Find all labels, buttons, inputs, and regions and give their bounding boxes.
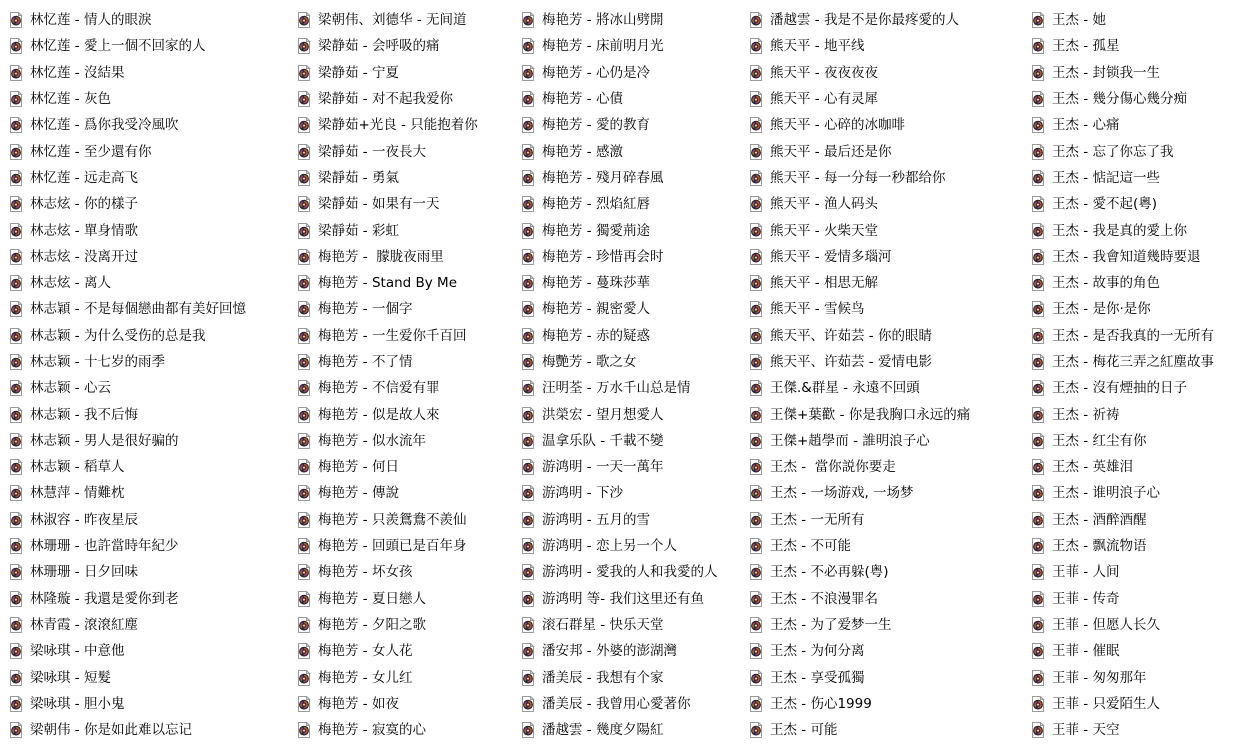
file-name-label: 熊天平 - 心有灵犀 (770, 91, 878, 107)
audio-media-file-icon (8, 485, 24, 501)
file-item[interactable]: 梅艳芳 - 似水流年 (296, 428, 520, 454)
file-name-label: 王杰 - 为何分离 (770, 643, 864, 659)
audio-media-file-icon (8, 380, 24, 396)
audio-media-file-icon (296, 459, 312, 475)
file-item[interactable]: 梅艳芳 - 心債 (520, 86, 748, 112)
file-item[interactable]: 游鸿明 - 五月的雪 (520, 507, 748, 533)
file-item[interactable]: 王菲 - 传奇 (1030, 586, 1242, 612)
file-name-label: 王杰 - 梅花三弄之紅塵故事 (1052, 354, 1214, 370)
file-item[interactable]: 梅艳芳 - 回頭已是百年身 (296, 533, 520, 559)
audio-media-file-icon (520, 643, 536, 659)
audio-media-file-icon (296, 249, 312, 265)
file-item[interactable]: 熊天平、许茹芸 - 你的眼睛 (748, 323, 1030, 349)
file-item[interactable]: 林志炫 - 没离开过 (8, 244, 296, 270)
file-item[interactable]: 王杰 - 一场游戏, 一场梦 (748, 480, 1030, 506)
file-item[interactable]: 林珊珊 - 日夕回味 (8, 559, 296, 585)
file-item[interactable]: 梅艷芳 - 歌之女 (520, 349, 748, 375)
file-name-label: 林淑容 - 昨夜星辰 (30, 512, 138, 528)
audio-media-file-icon (748, 144, 764, 160)
audio-media-file-icon (8, 275, 24, 291)
file-item[interactable]: 梅艳芳 - 何日 (296, 454, 520, 480)
audio-media-file-icon (296, 696, 312, 712)
audio-media-file-icon (296, 170, 312, 186)
audio-media-file-icon (296, 407, 312, 423)
file-item[interactable]: 梅艳芳 - 只羨鴛鴦不羨仙 (296, 507, 520, 533)
audio-media-file-icon (296, 328, 312, 344)
file-item[interactable]: 熊天平 - 最后还是你 (748, 138, 1030, 164)
audio-media-file-icon (1030, 512, 1046, 528)
audio-media-file-icon (8, 117, 24, 133)
file-name-label: 王杰 - 孤星 (1052, 38, 1119, 54)
audio-media-file-icon (520, 617, 536, 633)
file-item[interactable]: 林忆莲 - 至少還有你 (8, 138, 296, 164)
audio-media-file-icon (748, 459, 764, 475)
file-name-label: 王杰 - 享受孤獨 (770, 670, 864, 686)
file-name-label: 游鸿明 - 愛我的人和我愛的人 (542, 564, 717, 580)
file-name-label: 梅艳芳 - 何日 (318, 459, 399, 475)
file-name-label: 梅艳芳 - 心債 (542, 91, 623, 107)
file-item[interactable]: 王杰 - 我是真的愛上你 (1030, 217, 1242, 243)
file-item[interactable]: 游鸿明 - 一天一萬年 (520, 454, 748, 480)
audio-media-file-icon (748, 196, 764, 212)
audio-media-file-icon (520, 144, 536, 160)
file-item[interactable]: 林志颖 - 稻草人 (8, 454, 296, 480)
file-item[interactable]: 梁静茹 - 对不起我爱你 (296, 86, 520, 112)
audio-media-file-icon (8, 91, 24, 107)
file-item[interactable]: 王杰 - 一无所有 (748, 507, 1030, 533)
file-item[interactable]: 梅艳芳 - 如夜 (296, 691, 520, 717)
file-name-label: 王杰 - 可能 (770, 722, 837, 738)
audio-media-file-icon (748, 512, 764, 528)
file-item[interactable]: 王杰 - 祈祷 (1030, 401, 1242, 427)
audio-media-file-icon (296, 301, 312, 317)
file-item[interactable]: 梅艳芳 - 傳說 (296, 480, 520, 506)
file-item[interactable]: 林忆莲 - 情人的眼淚 (8, 7, 296, 33)
file-item[interactable]: 潘越雲 - 幾度夕陽紅 (520, 717, 748, 743)
file-item[interactable]: 梅艳芳 - 不信爱有罪 (296, 375, 520, 401)
file-item[interactable]: 王杰 - 愛不起(粵) (1030, 191, 1242, 217)
file-item[interactable]: 王杰 - 幾分傷心幾分痴 (1030, 86, 1242, 112)
file-item[interactable]: 梁咏琪 - 中意他 (8, 638, 296, 664)
file-name-label: 潘越雲 - 幾度夕陽紅 (542, 722, 663, 738)
file-item[interactable]: 汪明荃 - 万水千山总是情 (520, 375, 748, 401)
file-name-label: 王菲 - 催眠 (1052, 643, 1119, 659)
file-name-label: 梁咏琪 - 短髮 (30, 670, 111, 686)
audio-media-file-icon (8, 301, 24, 317)
file-name-label: 王傑.&群星 - 永遠不回頭 (770, 380, 920, 396)
file-item[interactable]: 王杰 - 不必再躲(粤) (748, 559, 1030, 585)
file-item[interactable]: 王杰 - 梅花三弄之紅塵故事 (1030, 349, 1242, 375)
file-item[interactable]: 林珊珊 - 也許當時年紀少 (8, 533, 296, 559)
file-item[interactable]: 王杰 - 故事的角色 (1030, 270, 1242, 296)
file-item[interactable]: 王杰 - 惦記這一些 (1030, 165, 1242, 191)
audio-media-file-icon (520, 696, 536, 712)
file-list-view: 林忆莲 - 情人的眼淚 林忆莲 - 愛上一個不回家的人 (0, 0, 1245, 749)
file-item[interactable]: 梅艳芳 - 女儿红 (296, 664, 520, 690)
file-name-label: 熊天平 - 火柴天堂 (770, 223, 878, 239)
file-item[interactable]: 王杰 - 伤心1999 (748, 691, 1030, 717)
file-item[interactable]: 林志穎 - 不是每個戀曲都有美好回憶 (8, 296, 296, 322)
file-name-label: 王杰 - 是你·是你 (1052, 301, 1151, 317)
audio-media-file-icon (296, 433, 312, 449)
audio-media-file-icon (520, 512, 536, 528)
audio-media-file-icon (1030, 459, 1046, 475)
audio-media-file-icon (8, 459, 24, 475)
file-name-label: 梅艳芳 - 夏日戀人 (318, 591, 426, 607)
audio-media-file-icon (520, 407, 536, 423)
file-item[interactable]: 林志炫 - 你的樣子 (8, 191, 296, 217)
file-item[interactable]: 梅艳芳 - 朦胧夜雨里 (296, 244, 520, 270)
file-item[interactable]: 王杰 - 酒醉酒醒 (1030, 507, 1242, 533)
file-item[interactable]: 梁靜茹 - 勇氣 (296, 165, 520, 191)
file-item[interactable]: 林忆莲 - 沒結果 (8, 60, 296, 86)
file-item[interactable]: 王杰 - 孤星 (1030, 33, 1242, 59)
file-name-label: 王杰 - 一场游戏, 一场梦 (770, 485, 914, 501)
file-item[interactable]: 梅艳芳 - 烈焰紅唇 (520, 191, 748, 217)
file-item[interactable]: 王杰 - 是你·是你 (1030, 296, 1242, 322)
file-name-label: 王杰 - 不浪漫罪名 (770, 591, 878, 607)
file-item[interactable]: 潘安邦 - 外婆的澎湖灣 (520, 638, 748, 664)
file-name-label: 汪明荃 - 万水千山总是情 (542, 380, 690, 396)
file-name-label: 熊天平 - 爱情多瑙河 (770, 249, 891, 265)
audio-media-file-icon (1030, 591, 1046, 607)
audio-media-file-icon (1030, 407, 1046, 423)
file-name-label: 熊天平 - 雪候鸟 (770, 301, 864, 317)
audio-media-file-icon (1030, 12, 1046, 28)
file-item[interactable]: 王杰 - 为何分离 (748, 638, 1030, 664)
file-name-label: 王杰 - 愛不起(粵) (1052, 196, 1157, 212)
file-name-label: 林青霞 - 滾滾紅塵 (30, 617, 138, 633)
file-name-label: 熊天平 - 最后还是你 (770, 144, 891, 160)
file-item[interactable]: 梅艳芳 - 親密愛人 (520, 296, 748, 322)
file-item[interactable]: 洪榮宏 - 望月想愛人 (520, 401, 748, 427)
audio-media-file-icon (748, 696, 764, 712)
audio-media-file-icon (1030, 249, 1046, 265)
file-item[interactable]: 梁静茹 - 会呼吸的痛 (296, 33, 520, 59)
file-item[interactable]: 滚石群星 - 快乐天堂 (520, 612, 748, 638)
file-item[interactable]: 熊天平 - 雪候鸟 (748, 296, 1030, 322)
file-item[interactable]: 梁朝伟 - 你是如此难以忘记 (8, 717, 296, 743)
audio-media-file-icon (296, 643, 312, 659)
file-name-label: 梁靜茹 - 如果有一天 (318, 196, 439, 212)
audio-media-file-icon (748, 12, 764, 28)
file-item[interactable]: 梅艳芳 - 寂寞的心 (296, 717, 520, 743)
file-name-label: 梅艳芳 - 似是故人來 (318, 407, 439, 423)
file-name-label: 林志颖 - 我不后悔 (30, 407, 138, 423)
audio-media-file-icon (1030, 196, 1046, 212)
file-item[interactable]: 王傑+趙學而 - 誰明浪子心 (748, 428, 1030, 454)
file-name-label: 梁静茹 - 对不起我爱你 (318, 91, 453, 107)
file-item[interactable]: 熊天平 - 心碎的冰咖啡 (748, 112, 1030, 138)
file-name-label: 熊天平 - 每一分每一秒都给你 (770, 170, 945, 186)
file-item[interactable]: 林忆莲 - 灰色 (8, 86, 296, 112)
file-item[interactable]: 梅艳芳 - 將冰山劈開 (520, 7, 748, 33)
file-name-label: 梁靜茹 - 勇氣 (318, 170, 399, 186)
file-name-label: 梅艳芳 - 傳說 (318, 485, 399, 501)
file-item[interactable]: 王杰 - 不浪漫罪名 (748, 586, 1030, 612)
file-item[interactable]: 梅艳芳 - 夕阳之歌 (296, 612, 520, 638)
file-item[interactable]: 熊天平 - 相思无解 (748, 270, 1030, 296)
file-name-label: 梅艳芳 - 似水流年 (318, 433, 426, 449)
audio-media-file-icon (296, 117, 312, 133)
file-item[interactable]: 林青霞 - 滾滾紅塵 (8, 612, 296, 638)
file-name-label: 熊天平 - 地平线 (770, 38, 864, 54)
file-item[interactable]: 王菲 - 催眠 (1030, 638, 1242, 664)
file-name-label: 梁静茹+光良 - 只能抱着你 (318, 117, 478, 133)
file-name-label: 王杰 - 为了爱梦一生 (770, 617, 891, 633)
file-item[interactable]: 王杰 - 是否我真的一无所有 (1030, 323, 1242, 349)
audio-media-file-icon (8, 144, 24, 160)
file-item[interactable]: 梅艳芳 - 赤的疑惑 (520, 323, 748, 349)
audio-media-file-icon (748, 722, 764, 738)
audio-media-file-icon (1030, 643, 1046, 659)
file-item[interactable]: 熊天平 - 心有灵犀 (748, 86, 1030, 112)
file-item[interactable]: 梅艳芳 - 夏日戀人 (296, 586, 520, 612)
file-item[interactable]: 林志颖 - 心云 (8, 375, 296, 401)
file-name-label: 王杰 - 谁明浪子心 (1052, 485, 1160, 501)
file-name-label: 王杰 - 故事的角色 (1052, 275, 1160, 291)
file-item[interactable]: 林忆莲 - 爲你我受冷風吹 (8, 112, 296, 138)
file-item[interactable]: 梅艳芳 - 女人花 (296, 638, 520, 664)
audio-media-file-icon (748, 485, 764, 501)
audio-media-file-icon (520, 223, 536, 239)
file-item[interactable]: 王杰 - 飘流物语 (1030, 533, 1242, 559)
file-item[interactable]: 梅艳芳 - 一生爱你千百回 (296, 323, 520, 349)
audio-media-file-icon (748, 223, 764, 239)
file-item[interactable]: 王杰 - 享受孤獨 (748, 664, 1030, 690)
file-item[interactable]: 梅艳芳 - 愛的教育 (520, 112, 748, 138)
audio-media-file-icon (748, 433, 764, 449)
audio-media-file-icon (8, 538, 24, 554)
file-item[interactable]: 梅艳芳 - 不了情 (296, 349, 520, 375)
file-name-label: 游鸿明 - 恋上另一个人 (542, 538, 677, 554)
file-item[interactable]: 梅艳芳 - 珍惜再会时 (520, 244, 748, 270)
file-column: 王杰 - 她 王杰 - 孤星 王杰 - 封锁 (1030, 7, 1242, 743)
file-item[interactable]: 林忆莲 - 愛上一個不回家的人 (8, 33, 296, 59)
file-name-label: 王杰 - 她 (1052, 12, 1106, 28)
file-name-label: 林忆莲 - 灰色 (30, 91, 111, 107)
file-item[interactable]: 王傑.&群星 - 永遠不回頭 (748, 375, 1030, 401)
file-item[interactable]: 王杰 - 英雄泪 (1030, 454, 1242, 480)
audio-media-file-icon (520, 170, 536, 186)
file-name-label: 梁静茹 - 宁夏 (318, 65, 399, 81)
file-item[interactable]: 王杰 - 忘了你忘了我 (1030, 138, 1242, 164)
file-item[interactable]: 熊天平 - 火柴天堂 (748, 217, 1030, 243)
audio-media-file-icon (748, 591, 764, 607)
audio-media-file-icon (296, 564, 312, 580)
file-item[interactable]: 王杰 - 她 (1030, 7, 1242, 33)
file-item[interactable]: 王杰 - 可能 (748, 717, 1030, 743)
file-item[interactable]: 梅艳芳 - 坏女孩 (296, 559, 520, 585)
file-item[interactable]: 熊天平 - 渔人码头 (748, 191, 1030, 217)
file-name-label: 王杰 - 不必再躲(粤) (770, 564, 889, 580)
file-item[interactable]: 潘美辰 - 我想有个家 (520, 664, 748, 690)
audio-media-file-icon (748, 354, 764, 370)
audio-media-file-icon (520, 459, 536, 475)
file-item[interactable]: 林志颖 - 我不后悔 (8, 401, 296, 427)
file-name-label: 洪榮宏 - 望月想愛人 (542, 407, 663, 423)
file-name-label: 王杰 - 心痛 (1052, 117, 1119, 133)
file-item[interactable]: 梅艳芳 - Stand By Me (296, 270, 520, 296)
file-item[interactable]: 梅艳芳 - 床前明月光 (520, 33, 748, 59)
file-item[interactable]: 游鸿明 - 恋上另一个人 (520, 533, 748, 559)
audio-media-file-icon (1030, 38, 1046, 54)
file-name-label: 梅艳芳 - 女人花 (318, 643, 412, 659)
audio-media-file-icon (8, 670, 24, 686)
file-item[interactable]: 梅艳芳 - 殘月碎春風 (520, 165, 748, 191)
audio-media-file-icon (520, 65, 536, 81)
file-item[interactable]: 王菲 - 只爱陌生人 (1030, 691, 1242, 717)
file-item[interactable]: 王杰 - 不可能 (748, 533, 1030, 559)
file-name-label: 熊天平、许茹芸 - 爱情电影 (770, 354, 932, 370)
audio-media-file-icon (520, 249, 536, 265)
file-name-label: 温拿乐队 - 千載不變 (542, 433, 663, 449)
audio-media-file-icon (1030, 223, 1046, 239)
file-item[interactable]: 温拿乐队 - 千載不變 (520, 428, 748, 454)
audio-media-file-icon (1030, 170, 1046, 186)
file-name-label: 梅艳芳 - 烈焰紅唇 (542, 196, 650, 212)
audio-media-file-icon (296, 617, 312, 633)
audio-media-file-icon (8, 407, 24, 423)
file-item[interactable]: 王杰 - 红尘有你 (1030, 428, 1242, 454)
file-item[interactable]: 林隆璇 - 我還是愛你到老 (8, 586, 296, 612)
file-item[interactable]: 梁咏琪 - 短髮 (8, 664, 296, 690)
audio-media-file-icon (296, 512, 312, 528)
audio-media-file-icon (520, 38, 536, 54)
file-name-label: 梅艳芳 - 親密愛人 (542, 301, 650, 317)
file-item[interactable]: 林忆莲 - 远走高飞 (8, 165, 296, 191)
file-column: 林忆莲 - 情人的眼淚 林忆莲 - 愛上一個不回家的人 (8, 7, 296, 743)
file-item[interactable]: 王杰 - 封锁我一生 (1030, 60, 1242, 86)
file-item[interactable]: 梅艳芳 - 蔓珠莎華 (520, 270, 748, 296)
file-item[interactable]: 熊天平、许茹芸 - 爱情电影 (748, 349, 1030, 375)
audio-media-file-icon (748, 275, 764, 291)
file-name-label: 潘安邦 - 外婆的澎湖灣 (542, 643, 677, 659)
audio-media-file-icon (520, 722, 536, 738)
file-item[interactable]: 梁靜茹 - 彩虹 (296, 217, 520, 243)
file-name-label: 梅艳芳 - 只羨鴛鴦不羨仙 (318, 512, 466, 528)
file-name-label: 潘美辰 - 我曾用心愛著你 (542, 696, 690, 712)
file-item[interactable]: 梅艳芳 - 心仍是冷 (520, 60, 748, 86)
file-name-label: 林志炫 - 單身情歌 (30, 223, 138, 239)
file-name-label: 王杰 - 幾分傷心幾分痴 (1052, 91, 1187, 107)
audio-media-file-icon (520, 670, 536, 686)
file-item[interactable]: 林志颖 - 十七岁的雨季 (8, 349, 296, 375)
file-name-label: 梅艳芳 - 不信爱有罪 (318, 380, 439, 396)
file-name-label: 林志炫 - 你的樣子 (30, 196, 138, 212)
file-item[interactable]: 林志炫 - 离人 (8, 270, 296, 296)
audio-media-file-icon (748, 117, 764, 133)
file-item[interactable]: 游鸿明 - 愛我的人和我愛的人 (520, 559, 748, 585)
file-item[interactable]: 熊天平 - 每一分每一秒都给你 (748, 165, 1030, 191)
file-item[interactable]: 熊天平 - 夜夜夜夜 (748, 60, 1030, 86)
file-item[interactable]: 梁咏琪 - 胆小鬼 (8, 691, 296, 717)
file-item[interactable]: 林淑容 - 昨夜星辰 (8, 507, 296, 533)
audio-media-file-icon (748, 407, 764, 423)
file-item[interactable]: 王杰 - 沒有煙抽的日子 (1030, 375, 1242, 401)
audio-media-file-icon (8, 65, 24, 81)
file-item[interactable]: 潘美辰 - 我曾用心愛著你 (520, 691, 748, 717)
file-name-label: 王菲 - 传奇 (1052, 591, 1119, 607)
file-name-label: 熊天平 - 相思无解 (770, 275, 878, 291)
file-item[interactable]: 王傑+葉歡 - 你是我胸口永远的痛 (748, 401, 1030, 427)
file-item[interactable]: 王杰 - 为了爱梦一生 (748, 612, 1030, 638)
file-name-label: 王菲 - 只爱陌生人 (1052, 696, 1160, 712)
file-name-label: 梅艳芳 - 殘月碎春風 (542, 170, 663, 186)
audio-media-file-icon (296, 538, 312, 554)
file-name-label: 梅艳芳 - 床前明月光 (542, 38, 663, 54)
file-item[interactable]: 王杰 - 我會知道幾時要退 (1030, 244, 1242, 270)
audio-media-file-icon (520, 433, 536, 449)
file-item[interactable]: 潘越雲 - 我是不是你最疼愛的人 (748, 7, 1030, 33)
file-name-label: 王傑+趙學而 - 誰明浪子心 (770, 433, 930, 449)
file-item[interactable]: 王菲 - 匆匆那年 (1030, 664, 1242, 690)
file-item[interactable]: 梅艳芳 - 一個字 (296, 296, 520, 322)
file-item[interactable]: 林志颖 - 男人是很好骗的 (8, 428, 296, 454)
audio-media-file-icon (296, 275, 312, 291)
file-name-label: 梅艳芳 - 寂寞的心 (318, 722, 426, 738)
file-name-label: 王杰 - 伤心1999 (770, 696, 872, 712)
file-name-label: 熊天平 - 夜夜夜夜 (770, 65, 878, 81)
file-name-label: 王菲 - 天空 (1052, 722, 1119, 738)
audio-media-file-icon (1030, 433, 1046, 449)
file-item[interactable]: 梅艳芳 - 感激 (520, 138, 748, 164)
file-name-label: 梁静茹 - 会呼吸的痛 (318, 38, 439, 54)
file-name-label: 王杰 - 當你説你要走 (770, 459, 896, 475)
file-name-label: 林珊珊 - 也許當時年紀少 (30, 538, 178, 554)
file-name-label: 王杰 - 不可能 (770, 538, 851, 554)
file-item[interactable]: 王菲 - 但愿人长久 (1030, 612, 1242, 638)
audio-media-file-icon (748, 91, 764, 107)
file-item[interactable]: 王杰 - 當你説你要走 (748, 454, 1030, 480)
audio-media-file-icon (1030, 275, 1046, 291)
file-item[interactable]: 梁静茹+光良 - 只能抱着你 (296, 112, 520, 138)
audio-media-file-icon (520, 328, 536, 344)
audio-media-file-icon (8, 38, 24, 54)
audio-media-file-icon (1030, 91, 1046, 107)
audio-media-file-icon (8, 328, 24, 344)
file-item[interactable]: 林志炫 - 單身情歌 (8, 217, 296, 243)
file-item[interactable]: 王菲 - 天空 (1030, 717, 1242, 743)
file-item[interactable]: 熊天平 - 爱情多瑙河 (748, 244, 1030, 270)
file-item[interactable]: 王杰 - 谁明浪子心 (1030, 480, 1242, 506)
file-item[interactable]: 梁朝伟、刘德华 - 无间道 (296, 7, 520, 33)
file-item[interactable]: 林志颖 - 为什么受伤的总是我 (8, 323, 296, 349)
file-item[interactable]: 王杰 - 心痛 (1030, 112, 1242, 138)
file-item[interactable]: 游鸿明 等- 我们这里还有鱼 (520, 586, 748, 612)
audio-media-file-icon (1030, 722, 1046, 738)
audio-media-file-icon (296, 144, 312, 160)
file-item[interactable]: 游鸿明 - 下沙 (520, 480, 748, 506)
file-item[interactable]: 梁靜茹 - 一夜長大 (296, 138, 520, 164)
audio-media-file-icon (520, 301, 536, 317)
audio-media-file-icon (1030, 564, 1046, 580)
file-name-label: 王杰 - 英雄泪 (1052, 459, 1133, 475)
audio-media-file-icon (748, 38, 764, 54)
file-item[interactable]: 梁靜茹 - 如果有一天 (296, 191, 520, 217)
file-name-label: 林慧萍 - 情難枕 (30, 485, 124, 501)
file-name-label: 梅艳芳 - 赤的疑惑 (542, 328, 650, 344)
audio-media-file-icon (520, 196, 536, 212)
file-item[interactable]: 熊天平 - 地平线 (748, 33, 1030, 59)
file-item[interactable]: 梁静茹 - 宁夏 (296, 60, 520, 86)
file-item[interactable]: 林慧萍 - 情難枕 (8, 480, 296, 506)
file-item[interactable]: 梅艳芳 - 獨愛荊途 (520, 217, 748, 243)
file-name-label: 熊天平、许茹芸 - 你的眼睛 (770, 328, 932, 344)
file-item[interactable]: 王菲 - 人间 (1030, 559, 1242, 585)
file-name-label: 梅艳芳 - Stand By Me (318, 275, 457, 291)
file-item[interactable]: 梅艳芳 - 似是故人來 (296, 401, 520, 427)
